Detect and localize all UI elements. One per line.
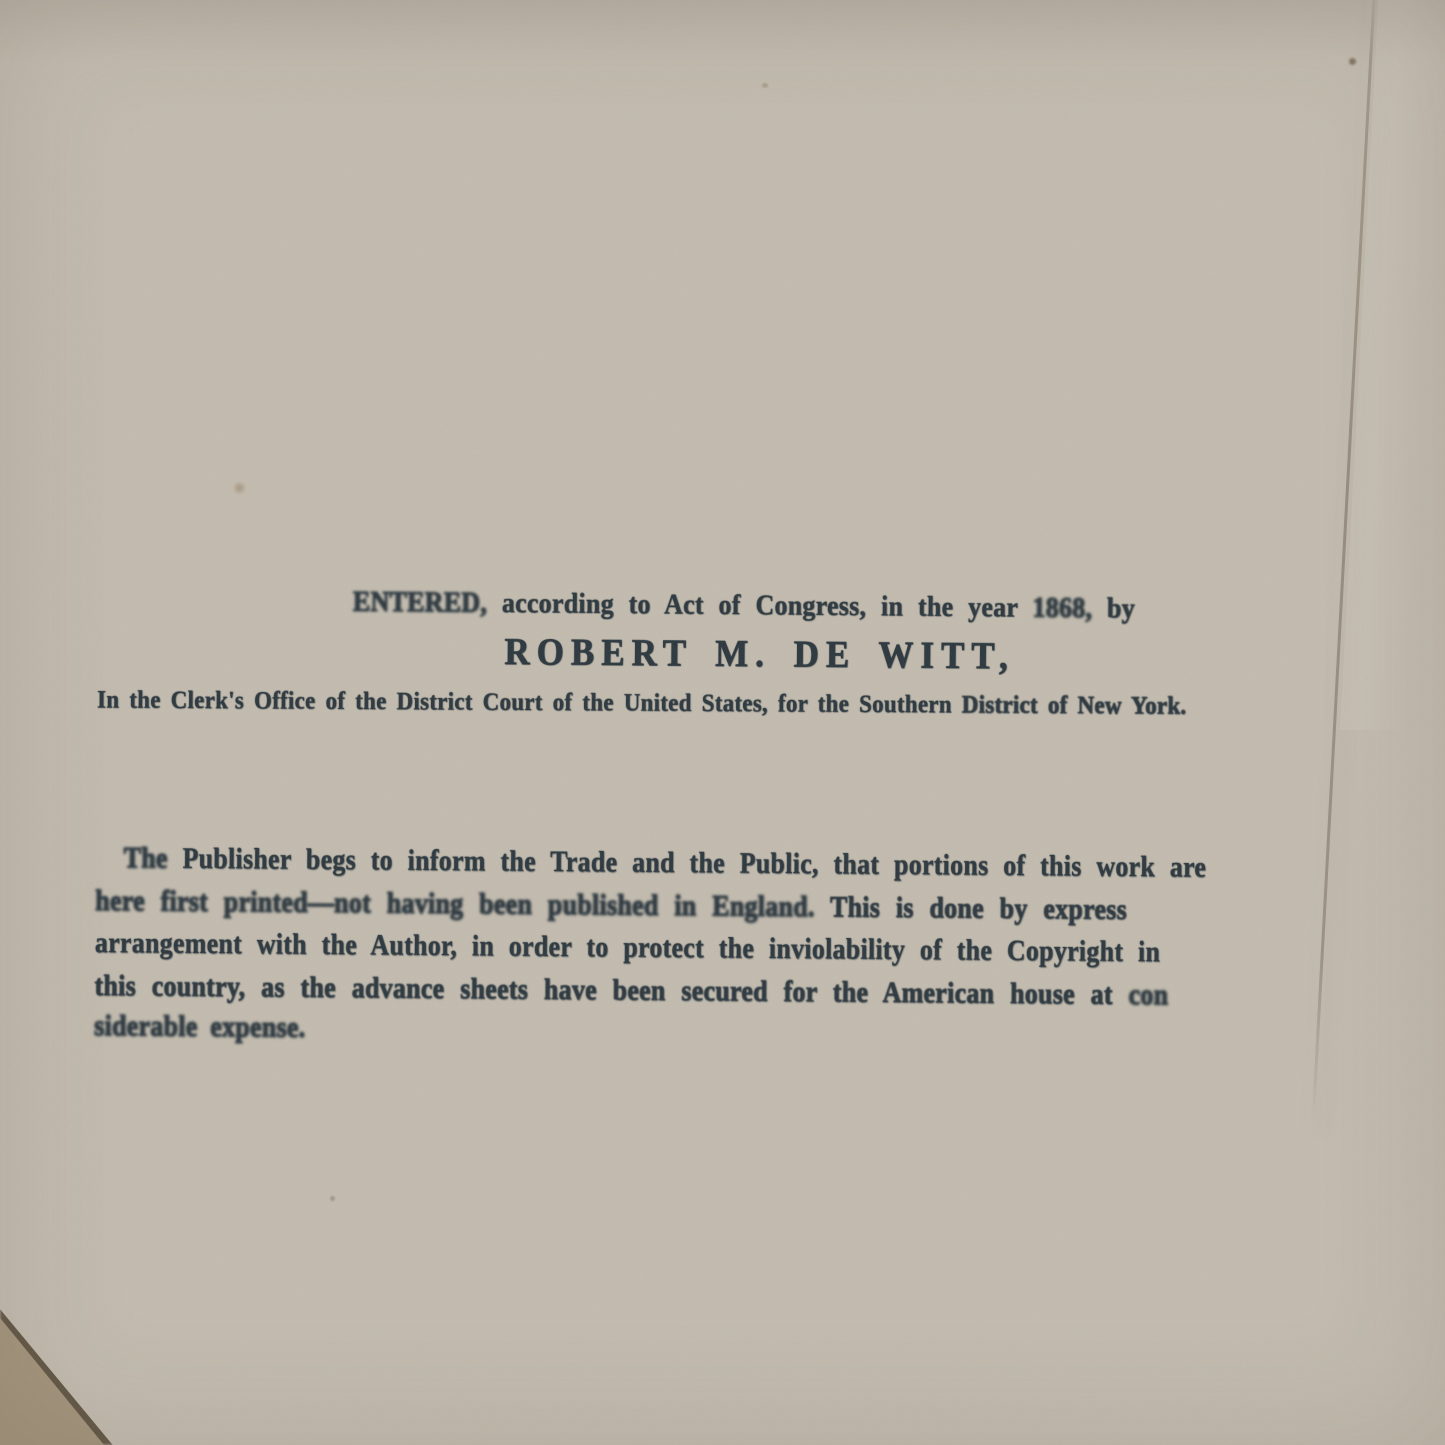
note-line4-start: this country, as the advance sheets have… (94, 969, 1113, 1011)
publisher-note-line-1: The Publisher begs to inform the Trade a… (123, 841, 1206, 885)
publisher-note-line-2: here first printed—not having been publi… (95, 884, 1127, 927)
clerks-office-end: District of New York. (962, 690, 1187, 719)
printed-text-block: ENTERED, according to Act of Congress, i… (90, 585, 1374, 1116)
photo-top-shading (0, 0, 1445, 60)
paper-speck (762, 83, 768, 88)
publisher-note-line-5: siderable expense. (94, 1009, 306, 1045)
paper-speck (1349, 58, 1356, 65)
copyright-year: 1868, (1032, 591, 1092, 623)
note-line4-end: con (1128, 978, 1168, 1011)
publisher-note-line-4: this country, as the advance sheets have… (94, 969, 1168, 1013)
paper-speck (330, 1196, 335, 1201)
clerks-office-start: In the Clerk's Office of the District Co… (97, 685, 952, 718)
note-line2-end: This is done by express (830, 890, 1127, 926)
entered-line-middle: according to Act of Congress, in the yea… (502, 587, 1018, 623)
note-line2-start: here first printed—not having been publi… (95, 884, 815, 923)
by-word: by (1107, 592, 1135, 624)
book-page-photo: ENTERED, according to Act of Congress, i… (0, 0, 1445, 1445)
note-the-word: The (123, 841, 167, 874)
publisher-note-line-3: arrangement with the Author, in order to… (95, 926, 1161, 969)
page-edge-highlight (1340, 0, 1445, 730)
entered-word: ENTERED, (353, 585, 487, 618)
paper-speck (232, 481, 247, 495)
note-line1-rest: Publisher begs to inform the Trade and t… (182, 842, 1206, 884)
publisher-name-line: ROBERT M. DE WITT, (504, 631, 1015, 679)
clerks-office-line: In the Clerk's Office of the District Co… (97, 685, 1187, 720)
copyright-entered-line: ENTERED, according to Act of Congress, i… (353, 585, 1135, 625)
